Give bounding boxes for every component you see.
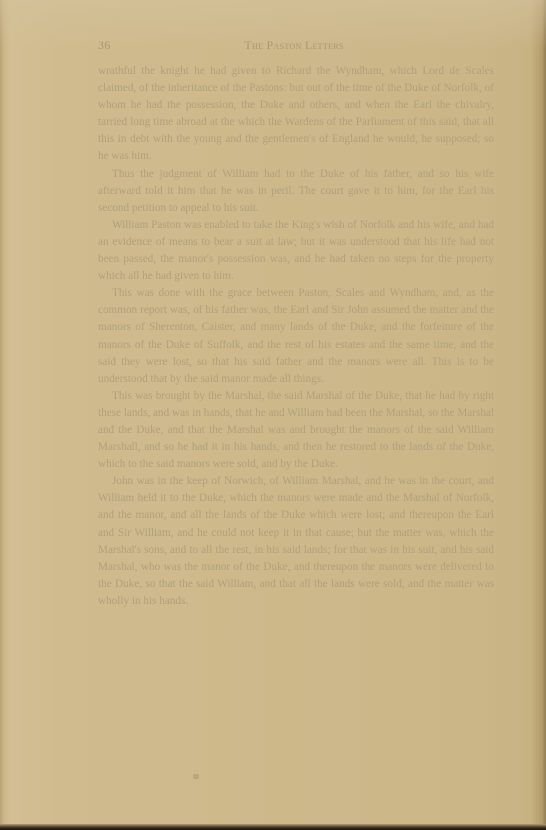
page-bottom-edge: [0, 824, 546, 830]
page-header: 36 The Paston Letters: [98, 38, 490, 56]
paragraph: This was brought by the Marshal, the sai…: [98, 388, 494, 473]
paragraph: This was done with the grace between Pas…: [98, 285, 494, 388]
paragraph: William Paston was enabled to take the K…: [98, 217, 494, 285]
body-text: wrathful the knight he had given to Rich…: [98, 63, 494, 610]
paragraph: Thus the judgment of William had to the …: [98, 166, 494, 217]
paragraph: wrathful the knight he had given to Rich…: [98, 63, 494, 166]
book-page: 36 The Paston Letters wrathful the knigh…: [0, 0, 546, 830]
running-title: The Paston Letters: [98, 38, 490, 53]
paragraph: John was in the keep of Norwich, of Will…: [98, 473, 494, 610]
printer-mark: [193, 774, 199, 779]
